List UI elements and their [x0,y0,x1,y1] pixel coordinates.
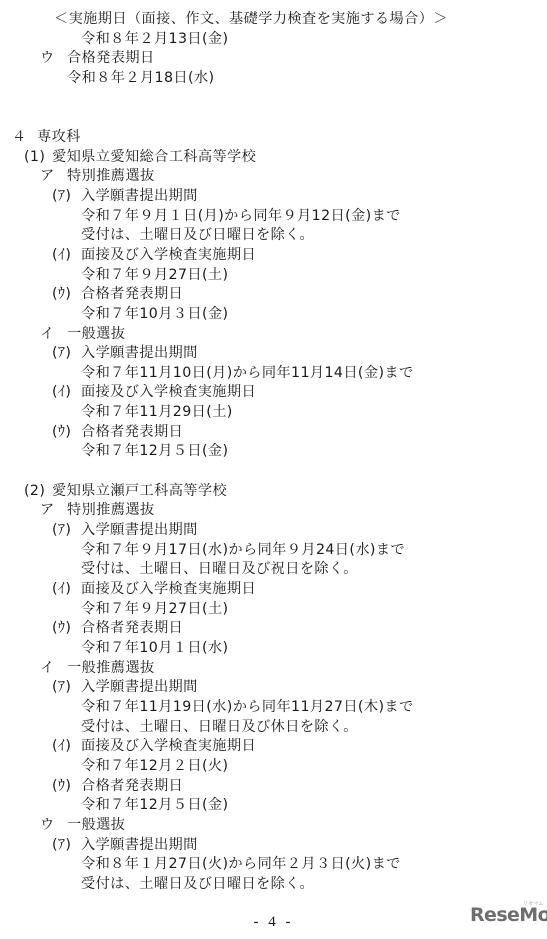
line-text: 一般選抜 [67,816,125,836]
document-line-item: イ一般推薦選抜 [0,659,547,679]
document-line-school: (2)愛知県立瀬戸工科高等学校 [0,482,547,502]
line-text: 令和７年10月３日(金) [81,305,228,325]
line-label: (ｱ) [52,521,71,541]
document-line-detail: 令和７年９月17日(水)から同年９月24日(水)まで [0,541,547,561]
document-line-detail: 令和８年１月27日(火)から同年２月３日(火)まで [0,855,547,875]
document-line-detail: 令和７年11月29日(土) [0,403,547,423]
line-label: ア [40,167,55,187]
line-text: 受付は、土曜日、日曜日及び祝日を除く。 [81,560,358,580]
document-line-sub: (ｲ)面接及び入学検査実施期日 [0,383,547,403]
document-page: ＜実施期日（面接、作文、基礎学力検査を実施する場合）＞令和８年２月13日(金)ウ… [0,10,547,895]
line-text: 面接及び入学検査実施期日 [81,246,256,266]
line-label: ア [40,501,55,521]
line-text: 令和７年９月１日(月)から同年９月12日(金)まで [81,207,401,227]
line-text: 面接及び入学検査実施期日 [81,737,256,757]
document-line-detail: 令和７年９月27日(土) [0,600,547,620]
document-line-sub: (ｳ)合格者発表期日 [0,777,547,797]
line-text: 合格者発表期日 [81,777,183,797]
line-text: 入学願書提出期間 [81,678,198,698]
document-line-detail: 令和７年11月10日(月)から同年11月14日(金)まで [0,364,547,384]
blank-line [0,108,547,128]
document-line-detail: 令和７年９月１日(月)から同年９月12日(金)まで [0,207,547,227]
line-text: 令和７年12月２日(火) [81,757,228,777]
line-text: 入学願書提出期間 [81,187,198,207]
page-number: - 4 - [0,914,547,931]
line-text: 令和８年２月18日(水) [67,69,214,89]
document-line-item: ウ一般選抜 [0,816,547,836]
line-text: 一般推薦選抜 [67,659,155,679]
line-text: 令和７年９月27日(土) [81,266,228,286]
line-text: 令和７年11月10日(月)から同年11月14日(金)まで [81,364,414,384]
line-text: 令和７年10月１日(水) [81,639,228,659]
line-text: 令和７年９月27日(土) [81,600,228,620]
document-line-detail: 令和７年９月27日(土) [0,266,547,286]
document-line-detail: 受付は、土曜日、日曜日及び休日を除く。 [0,718,547,738]
line-label: (ｳ) [52,777,71,797]
line-text: 受付は、土曜日、日曜日及び休日を除く。 [81,718,358,738]
line-text: 合格者発表期日 [81,423,183,443]
document-line-detail: 令和７年10月３日(金) [0,305,547,325]
line-text: 令和７年11月29日(土) [81,403,233,423]
line-text: 受付は、土曜日及び日曜日を除く。 [81,226,314,246]
line-label: (ｳ) [52,423,71,443]
line-label: (1) [24,148,45,168]
document-line-note: ＜実施期日（面接、作文、基礎学力検査を実施する場合）＞ [0,10,547,30]
line-text: 一般選抜 [67,325,125,345]
blank-line [0,89,547,109]
document-line-sub: (ｳ)合格者発表期日 [0,285,547,305]
line-text: 令和７年11月19日(水)から同年11月27日(木)まで [81,698,414,718]
line-text: 入学願書提出期間 [81,521,198,541]
line-text: 愛知県立愛知総合工科高等学校 [52,148,256,168]
document-line-item: ウ合格発表期日 [0,49,547,69]
line-text: 令和７年９月17日(水)から同年９月24日(水)まで [81,541,405,561]
line-text: 合格発表期日 [67,49,155,69]
line-text: ＜実施期日（面接、作文、基礎学力検査を実施する場合）＞ [54,10,448,30]
line-text: 面接及び入学検査実施期日 [81,580,256,600]
line-label: ウ [40,49,55,69]
document-line-sub: (ｱ)入学願書提出期間 [0,678,547,698]
document-line-sub: (ｱ)入学願書提出期間 [0,836,547,856]
document-line-sub: (ｳ)合格者発表期日 [0,619,547,639]
line-text: 愛知県立瀬戸工科高等学校 [52,482,227,502]
document-line-detail: 令和７年12月５日(金) [0,796,547,816]
line-label: (ｱ) [52,187,71,207]
document-line-sub: (ｲ)面接及び入学検査実施期日 [0,737,547,757]
line-text: 入学願書提出期間 [81,344,198,364]
line-text: 令和８年１月27日(火)から同年２月３日(火)まで [81,855,401,875]
document-line-note-detail: 令和８年２月13日(金) [0,30,547,50]
document-line-sub: (ｲ)面接及び入学検査実施期日 [0,580,547,600]
line-text: 合格者発表期日 [81,619,183,639]
document-line-sub: (ｳ)合格者発表期日 [0,423,547,443]
line-label: (2) [24,482,45,502]
document-line-detail: 令和７年11月19日(水)から同年11月27日(木)まで [0,698,547,718]
document-line-detail: 令和７年12月５日(金) [0,442,547,462]
line-label: ウ [40,816,55,836]
document-line-detail: 受付は、土曜日及び日曜日を除く。 [0,875,547,895]
document-line-item: ア特別推薦選抜 [0,501,547,521]
resemom-logo: リセマム ReseMom. [470,902,545,932]
line-text: 令和８年２月13日(金) [81,30,228,50]
line-text: 令和７年12月５日(金) [81,442,228,462]
line-text: 受付は、土曜日及び日曜日を除く。 [81,875,314,895]
document-line-sub: (ｱ)入学願書提出期間 [0,344,547,364]
line-label: (ｳ) [52,285,71,305]
line-label: (ｱ) [52,344,71,364]
line-label: ４ [12,128,27,148]
line-label: イ [40,325,55,345]
document-line-sub: (ｲ)面接及び入学検査実施期日 [0,246,547,266]
document-line-detail-2: 令和８年２月18日(水) [0,69,547,89]
document-line-detail: 受付は、土曜日、日曜日及び祝日を除く。 [0,560,547,580]
line-label: (ｲ) [52,737,71,757]
line-text: 専攻科 [37,128,81,148]
document-line-detail: 令和７年12月２日(火) [0,757,547,777]
document-line-sub: (ｱ)入学願書提出期間 [0,187,547,207]
line-label: (ｱ) [52,836,71,856]
line-text: 入学願書提出期間 [81,836,198,856]
line-label: (ｲ) [52,246,71,266]
document-line-detail: 令和７年10月１日(水) [0,639,547,659]
line-label: (ｲ) [52,383,71,403]
document-line-item: ア特別推薦選抜 [0,167,547,187]
line-text: 特別推薦選抜 [67,167,155,187]
line-text: 面接及び入学検査実施期日 [81,383,256,403]
line-text: 合格者発表期日 [81,285,183,305]
document-line-school: (1)愛知県立愛知総合工科高等学校 [0,148,547,168]
line-label: (ｱ) [52,678,71,698]
document-line-sub: (ｱ)入学願書提出期間 [0,521,547,541]
line-label: (ｲ) [52,580,71,600]
line-label: (ｳ) [52,619,71,639]
blank-line [0,462,547,482]
logo-text: ReseMom. [470,904,547,926]
line-text: 特別推薦選抜 [67,501,155,521]
line-text: 令和７年12月５日(金) [81,796,228,816]
document-line-detail: 受付は、土曜日及び日曜日を除く。 [0,226,547,246]
line-label: イ [40,659,55,679]
document-line-item: イ一般選抜 [0,325,547,345]
document-line-section: ４専攻科 [0,128,547,148]
